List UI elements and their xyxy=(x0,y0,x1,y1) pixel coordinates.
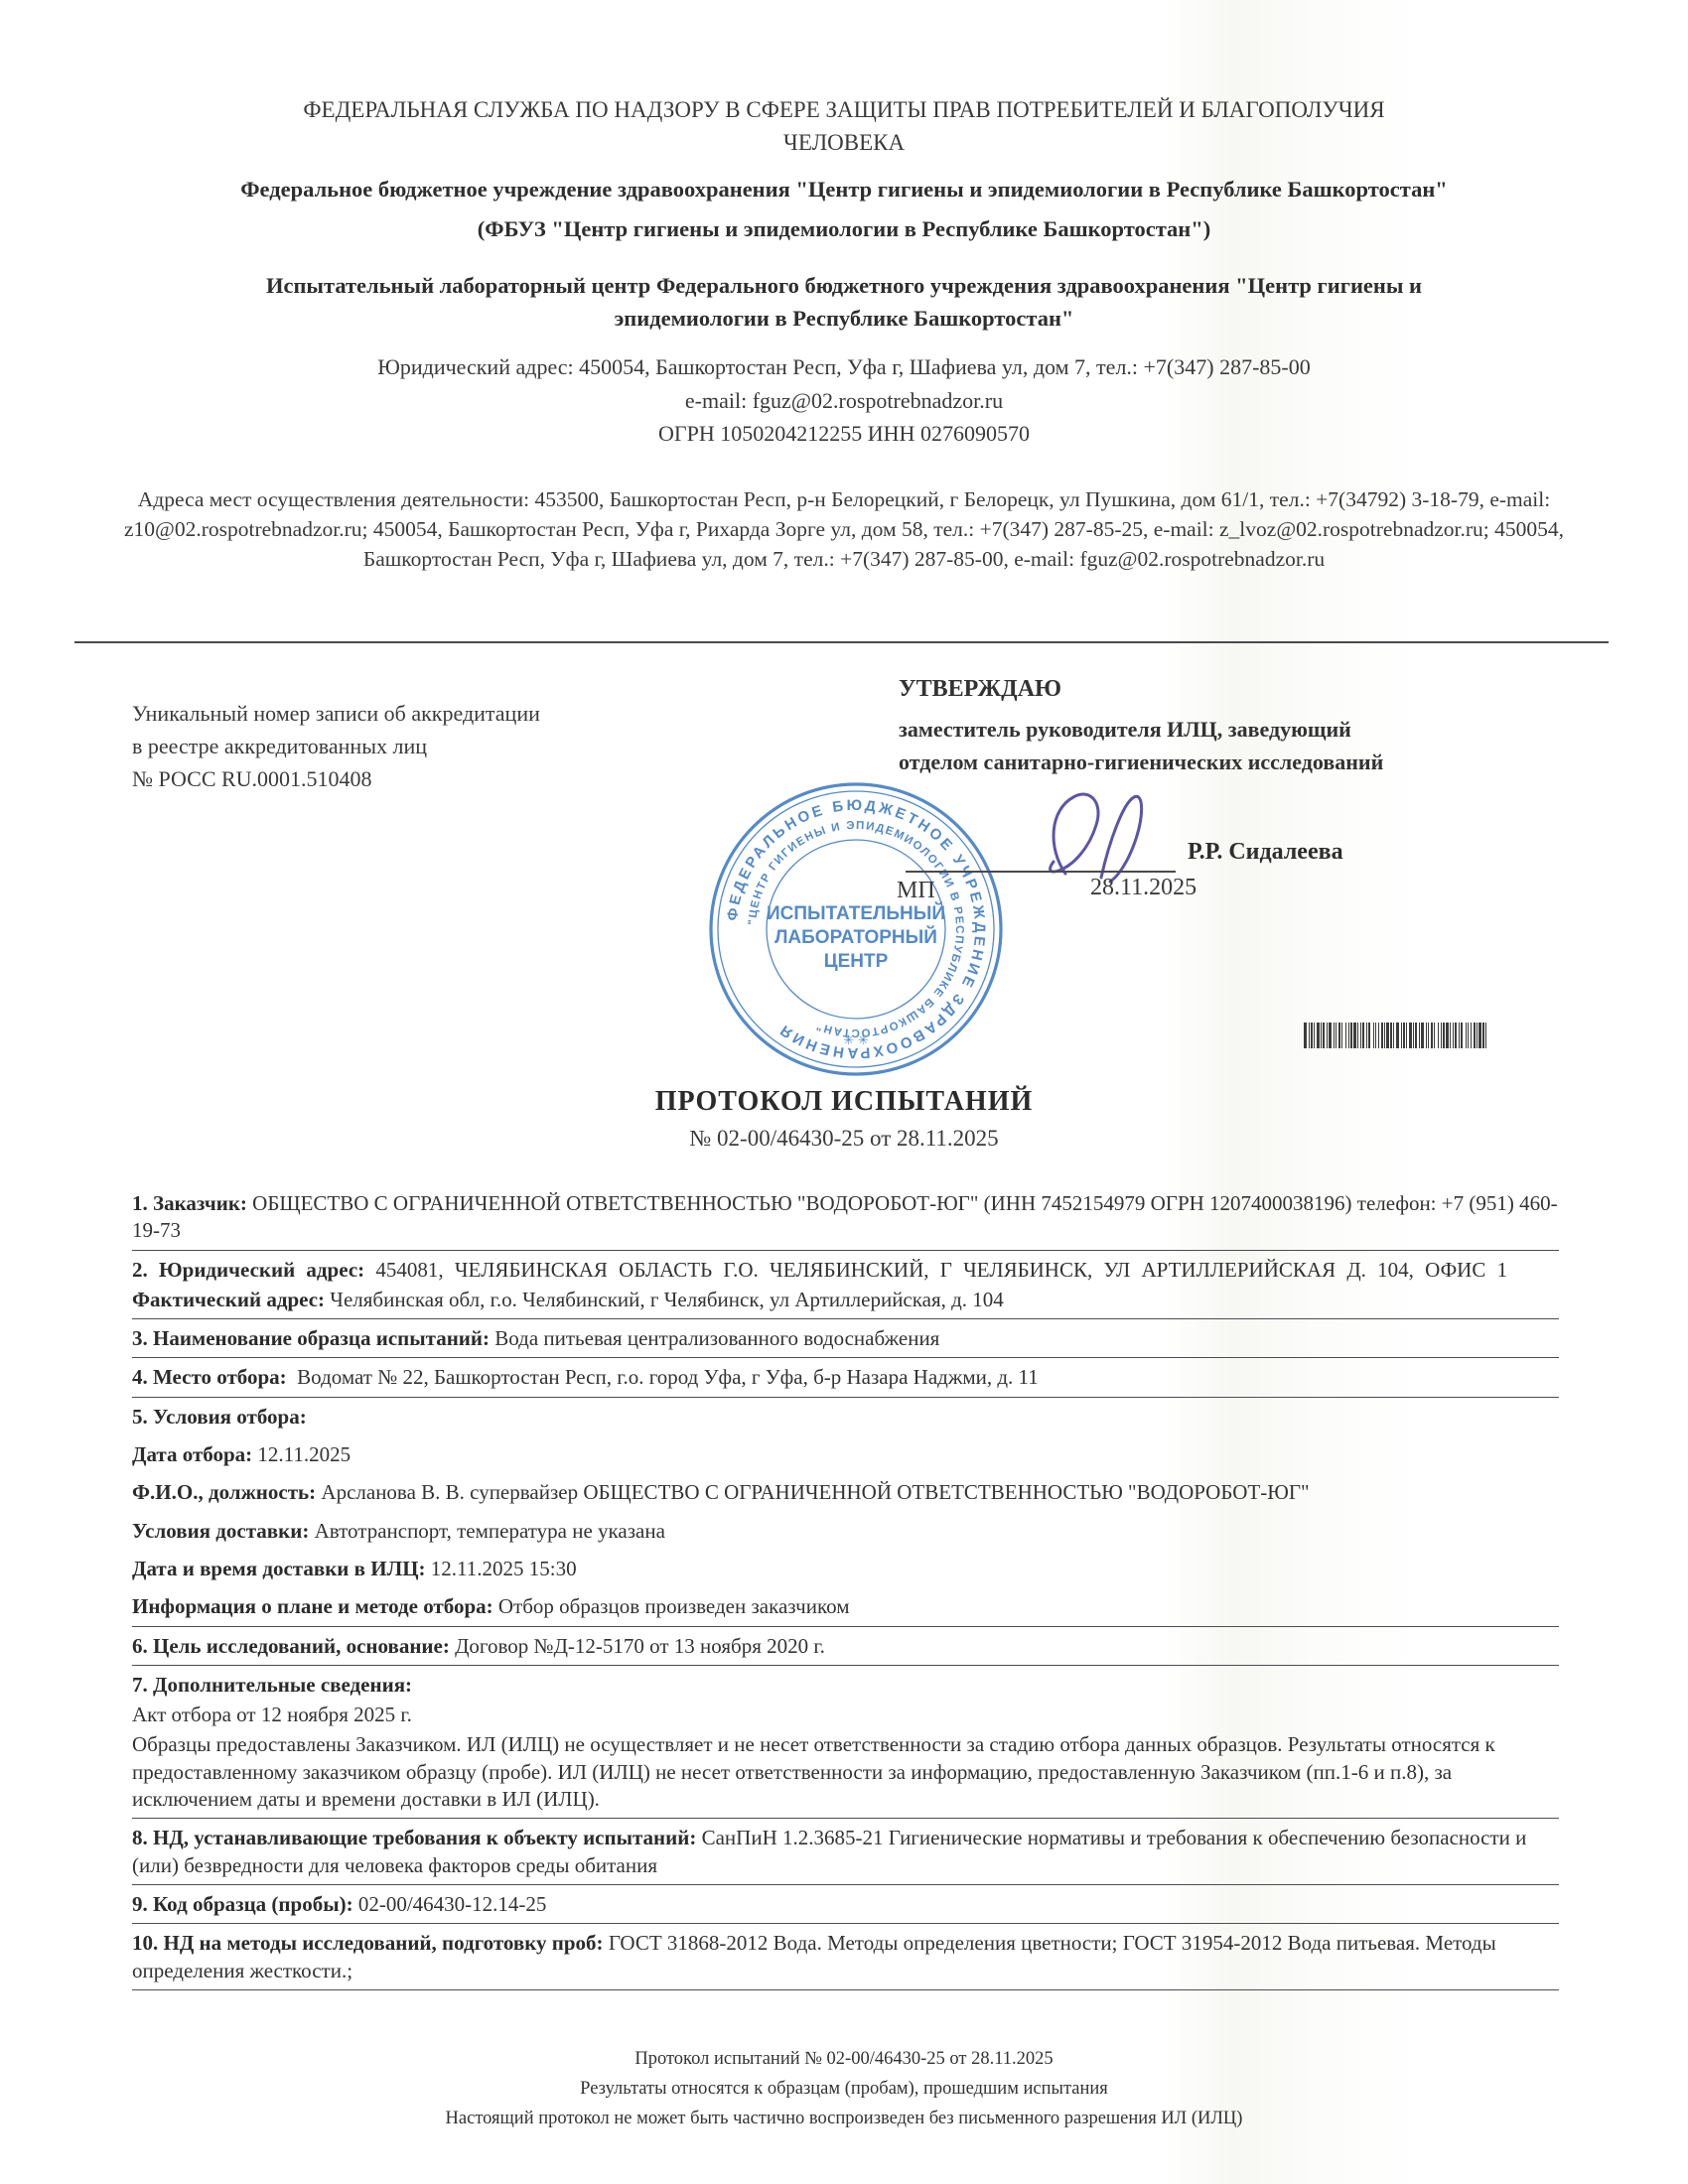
field-value: Отбор образцов произведен заказчиком xyxy=(498,1594,850,1618)
field-label: 1. Заказчик: xyxy=(132,1191,247,1215)
field-value: Вода питьевая централизованного водоснаб… xyxy=(494,1326,939,1350)
field-row-sampling-date: Дата отбора: 12.11.2025 xyxy=(132,1441,1559,1468)
approver-name: Р.Р. Сидалеева xyxy=(1188,839,1343,866)
field-value: Акт отбора от 12 ноября 2025 г. xyxy=(132,1703,412,1726)
field-label: 5. Условия отбора: xyxy=(132,1405,307,1429)
field-value: Образцы предоставлены Заказчиком. ИЛ (ИЛ… xyxy=(132,1732,1495,1811)
field-value: 454081, ЧЕЛЯБИНСКАЯ ОБЛАСТЬ Г.О. ЧЕЛЯБИН… xyxy=(375,1258,1507,1282)
protocol-title: ПРОТОКОЛ ИСПЫТАНИЙ xyxy=(0,1086,1688,1118)
field-label: 8. НД, устанавливающие требования к объе… xyxy=(132,1826,696,1849)
field-label: 10. НД на методы исследований, подготовк… xyxy=(132,1931,604,1955)
page-footer: Протокол испытаний № 02-00/46430-25 от 2… xyxy=(0,2045,1688,2134)
ogrn-inn: ОГРН 1050204212255 ИНН 0276090570 xyxy=(99,419,1589,448)
field-row-nd-methods: 10. НД на методы исследований, подготовк… xyxy=(132,1930,1559,1990)
field-row-purpose: 6. Цель исследований, основание: Договор… xyxy=(132,1633,1559,1666)
field-value: 02-00/46430-12.14-25 xyxy=(358,1892,547,1916)
approval-date: 28.11.2025 xyxy=(1090,875,1196,901)
field-row-delivery-datetime: Дата и время доставки в ИЛЦ: 12.11.2025 … xyxy=(132,1556,1559,1582)
stamp-marks: ✳ ✳ xyxy=(843,1032,869,1047)
field-label: 2. Юридический адрес: xyxy=(132,1258,364,1282)
org-name-short: (ФБУЗ "Центр гигиены и эпидемиологии в Р… xyxy=(218,213,1470,246)
field-value: 12.11.2025 xyxy=(257,1442,351,1466)
stamp-center-line2: ЛАБОРАТОРНЫЙ xyxy=(774,926,937,948)
protocol-title-block: ПРОТОКОЛ ИСПЫТАНИЙ № 02-00/46430-25 от 2… xyxy=(0,1086,1688,1152)
lab-center-name: Испытательный лабораторный центр Федерал… xyxy=(218,270,1470,335)
field-row-disclaimer: Образцы предоставлены Заказчиком. ИЛ (ИЛ… xyxy=(132,1731,1559,1819)
field-label: 6. Цель исследований, основание: xyxy=(132,1634,450,1658)
approver-position-line1: заместитель руководителя ИЛЦ, заведующий xyxy=(899,713,1514,746)
field-row-fio: Ф.И.О., должность: Арсланова В. В. супер… xyxy=(132,1479,1559,1506)
field-row-delivery-conditions: Условия доставки: Автотранспорт, темпера… xyxy=(132,1518,1559,1545)
legal-address: Юридический адрес: 450054, Башкортостан … xyxy=(99,352,1589,381)
field-label: 3. Наименование образца испытаний: xyxy=(132,1326,490,1350)
field-label: Ф.И.О., должность: xyxy=(132,1480,316,1504)
field-label: Дата и время доставки в ИЛЦ: xyxy=(132,1557,426,1580)
field-row-nd-requirements: 8. НД, устанавливающие требования к объе… xyxy=(132,1825,1559,1885)
field-label: 9. Код образца (пробы): xyxy=(132,1892,353,1916)
accreditation-block: Уникальный номер записи об аккредитации … xyxy=(132,697,540,795)
field-row-customer: 1. Заказчик: ОБЩЕСТВО С ОГРАНИЧЕННОЙ ОТВ… xyxy=(132,1190,1559,1251)
field-value: ОБЩЕСТВО С ОГРАНИЧЕННОЙ ОТВЕТСТВЕННОСТЬЮ… xyxy=(132,1191,1558,1242)
approval-title: УТВЕРЖДАЮ xyxy=(899,671,1514,707)
field-row-additional-info: 7. Дополнительные сведения: xyxy=(132,1672,1559,1699)
org-email: e-mail: fguz@02.rospotrebnadzor.ru xyxy=(99,386,1589,415)
document-page: ФЕДЕРАЛЬНАЯ СЛУЖБА ПО НАДЗОРУ В СФЕРЕ ЗА… xyxy=(0,0,1688,2184)
footer-protocol-ref: Протокол испытаний № 02-00/46430-25 от 2… xyxy=(0,2045,1688,2075)
field-label: 7. Дополнительные сведения: xyxy=(132,1673,412,1697)
header-divider xyxy=(74,641,1609,643)
field-value: Водомат № 22, Башкортостан Респ, г.о. го… xyxy=(297,1365,1039,1389)
signature-line xyxy=(906,871,1176,873)
field-label: Информация о плане и методе отбора: xyxy=(132,1594,493,1618)
accreditation-line1: Уникальный номер записи об аккредитации xyxy=(132,697,540,730)
protocol-fields: 1. Заказчик: ОБЩЕСТВО С ОГРАНИЧЕННОЙ ОТВ… xyxy=(132,1187,1559,1996)
barcode xyxy=(1304,1023,1488,1048)
field-value: Договор №Д-12-5170 от 13 ноября 2020 г. xyxy=(455,1634,825,1658)
stamp-center-line1: ИСПЫТАТЕЛЬНЫЙ xyxy=(767,902,945,924)
field-value: Челябинская обл, г.о. Челябинский, г Чел… xyxy=(330,1288,1004,1311)
field-row-legal-address: 2. Юридический адрес: 454081, ЧЕЛЯБИНСКА… xyxy=(132,1257,1559,1284)
footer-copy-note: Настоящий протокол не может быть частичн… xyxy=(0,2105,1688,2134)
document-header: ФЕДЕРАЛЬНАЯ СЛУЖБА ПО НАДЗОРУ В СФЕРЕ ЗА… xyxy=(99,93,1589,574)
mp-mark: МП xyxy=(897,878,935,904)
field-row-sample-name: 3. Наименование образца испытаний: Вода … xyxy=(132,1325,1559,1358)
lab-stamp-icon: ФЕДЕРАЛЬНОЕ БЮДЖЕТНОЕ УЧРЕЖДЕНИЕ ЗДРАВОО… xyxy=(707,780,1005,1078)
activity-addresses: Адреса мест осуществления деятельности: … xyxy=(114,484,1574,574)
agency-name: ФЕДЕРАЛЬНАЯ СЛУЖБА ПО НАДЗОРУ В СФЕРЕ ЗА… xyxy=(248,93,1440,160)
field-label: Дата отбора: xyxy=(132,1442,252,1466)
field-row-sample-code: 9. Код образца (пробы): 02-00/46430-12.1… xyxy=(132,1891,1559,1924)
protocol-number: № 02-00/46430-25 от 28.11.2025 xyxy=(0,1126,1688,1152)
field-row-sampling-place: 4. Место отбора: Водомат № 22, Башкортос… xyxy=(132,1364,1559,1397)
field-value: Арсланова В. В. супервайзер ОБЩЕСТВО С О… xyxy=(321,1480,1309,1504)
field-row-sampling-act: Акт отбора от 12 ноября 2025 г. xyxy=(132,1702,1559,1728)
field-row-sampling-conditions: 5. Условия отбора: xyxy=(132,1404,1559,1431)
field-row-actual-address: Фактический адрес: Челябинская обл, г.о.… xyxy=(132,1287,1559,1319)
footer-results-note: Результаты относятся к образцам (пробам)… xyxy=(0,2075,1688,2105)
field-label: Условия доставки: xyxy=(132,1519,309,1543)
field-value: 12.11.2025 15:30 xyxy=(431,1557,577,1580)
field-value: Автотранспорт, температура не указана xyxy=(315,1519,665,1543)
approval-block: УТВЕРЖДАЮ заместитель руководителя ИЛЦ, … xyxy=(899,671,1514,778)
field-row-sampling-plan: Информация о плане и методе отбора: Отбо… xyxy=(132,1593,1559,1626)
field-label: Фактический адрес: xyxy=(132,1288,325,1311)
stamp-center-line3: ЦЕНТР xyxy=(824,951,889,972)
org-name-full: Федеральное бюджетное учреждение здравоо… xyxy=(218,174,1470,206)
accreditation-number: № РОСС RU.0001.510408 xyxy=(132,762,540,795)
field-label: 4. Место отбора: xyxy=(132,1365,287,1389)
approver-position-line2: отделом санитарно-гигиенических исследов… xyxy=(899,746,1514,778)
accreditation-line2: в реестре аккредитованных лиц xyxy=(132,730,540,762)
